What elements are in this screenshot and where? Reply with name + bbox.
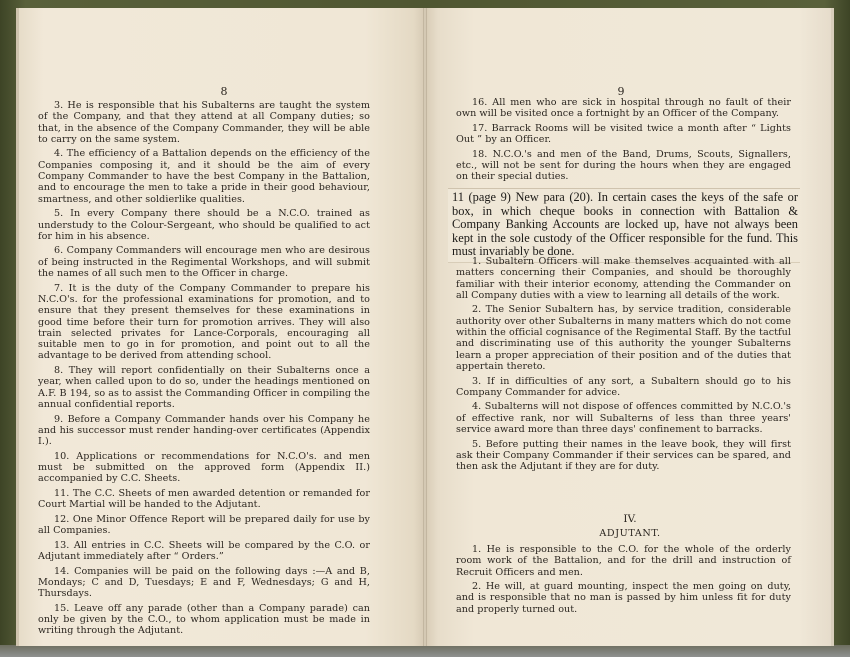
paragraph: 18. N.C.O.'s and men of the Band, Drums,… xyxy=(456,149,791,183)
page-number: 8 xyxy=(214,85,234,98)
left-page: 8 3. He is responsible that his Subalter… xyxy=(16,8,426,646)
paragraph: 8. They will report confidentially on th… xyxy=(38,365,370,410)
book-gutter xyxy=(423,8,427,646)
paragraph: 17. Barrack Rooms will be visited twice … xyxy=(456,123,791,146)
paragraph: 1. He is responsible to the C.O. for the… xyxy=(456,544,791,578)
paragraph: 5. Before putting their names in the lea… xyxy=(456,439,791,473)
paragraph: 4. Subalterns will not dispose of offenc… xyxy=(456,401,791,435)
table-surface xyxy=(0,645,850,657)
paragraph: 7. It is the duty of the Company Command… xyxy=(38,283,370,362)
amendment-slip: 11 (page 9) New para (20). In certain ca… xyxy=(448,188,800,263)
paragraph: 2. The Senior Subaltern has, by service … xyxy=(456,304,791,372)
paragraph: 9. Before a Company Commander hands over… xyxy=(38,414,370,448)
paragraph: 10. Applications or recommendations for … xyxy=(38,451,370,485)
paragraph: 12. One Minor Offence Report will be pre… xyxy=(38,514,370,537)
paragraph: 2. He will, at guard mounting, inspect t… xyxy=(456,581,791,615)
paragraph: 4. The efficiency of a Battalion depends… xyxy=(38,148,370,204)
paragraph: 15. Leave off any parade (other than a C… xyxy=(38,603,370,637)
paragraph: 3. If in difficulties of any sort, a Sub… xyxy=(456,376,791,399)
paragraph: 1. Subaltern Officers will make themselv… xyxy=(456,256,791,301)
right-page: 9 16. All men who are sick in hospital t… xyxy=(426,8,834,646)
subalterns-body: 1. Subaltern Officers will make themselv… xyxy=(456,256,791,476)
right-page-top-body: 16. All men who are sick in hospital thr… xyxy=(456,97,791,186)
paragraph: 13. All entries in C.C. Sheets will be c… xyxy=(38,540,370,563)
paragraph: 11. The C.C. Sheets of men awarded deten… xyxy=(38,488,370,511)
paragraph: 5. In every Company there should be a N.… xyxy=(38,208,370,242)
section-number: IV. xyxy=(426,513,834,525)
paragraph: 6. Company Commanders will encourage men… xyxy=(38,245,370,279)
paragraph: 16. All men who are sick in hospital thr… xyxy=(456,97,791,120)
section-title: ADJUTANT. xyxy=(426,528,834,539)
left-page-body: 3. He is responsible that his Subalterns… xyxy=(38,100,370,640)
paragraph: 14. Companies will be paid on the follow… xyxy=(38,566,370,600)
paragraph: 3. He is responsible that his Subalterns… xyxy=(38,100,370,145)
adjutant-body: 1. He is responsible to the C.O. for the… xyxy=(456,544,791,618)
